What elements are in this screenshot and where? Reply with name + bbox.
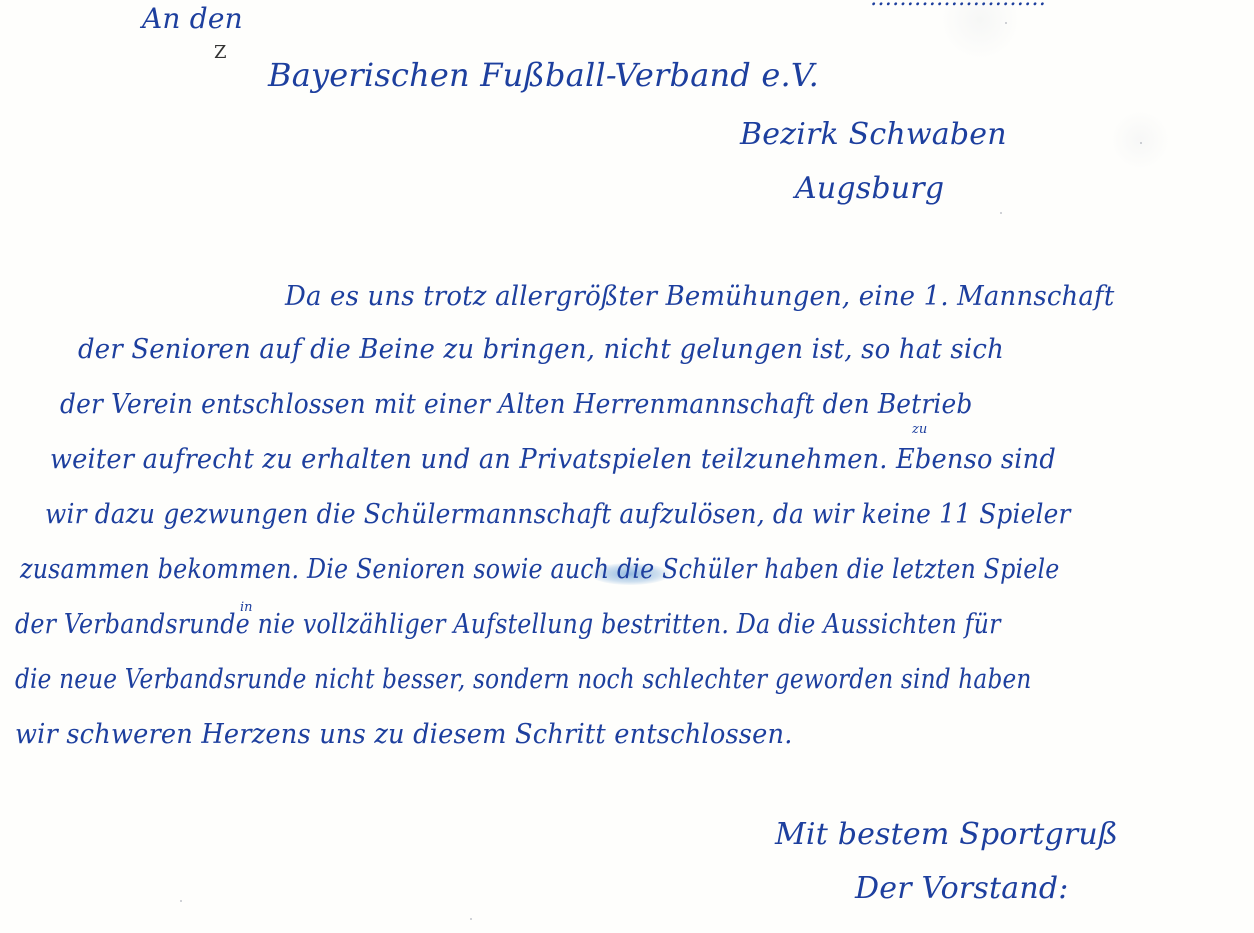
- body-line-5: wir dazu gezwungen die Schülermannschaft…: [45, 500, 1071, 530]
- paper-speck: [1140, 142, 1142, 144]
- body-line-6: zusammen bekommen. Die Senioren sowie au…: [20, 555, 1060, 585]
- recipient-line-2: Bezirk Schwaben: [740, 118, 1007, 152]
- recipient-line-1: Bayerischen Fußball-Verband e.V.: [268, 58, 819, 92]
- letter-page: …………………… Z An den Bayerischen Fußball-Ve…: [0, 0, 1254, 933]
- insertion-zu: zu: [912, 422, 927, 437]
- paper-speck: [180, 900, 182, 902]
- paper-speck: [1005, 22, 1007, 24]
- closing-line-1: Mit bestem Sportgruß: [775, 818, 1118, 852]
- closing-line-2: Der Vorstand:: [855, 872, 1069, 906]
- body-line-3: der Verein entschlossen mit einer Alten …: [60, 390, 972, 420]
- body-line-1: Da es uns trotz allergrößter Bemühungen,…: [285, 282, 1114, 312]
- paper-speck: [1000, 212, 1002, 214]
- paper-speck: [470, 918, 472, 920]
- body-line-4: weiter aufrecht zu erhalten und an Priva…: [50, 445, 1056, 475]
- top-right-header-fragment: ……………………: [870, 0, 1170, 6]
- body-line-8: die neue Verbandsrunde nicht besser, son…: [15, 665, 1032, 695]
- recipient-line-3: Augsburg: [795, 172, 944, 206]
- stamp-mark: Z: [214, 42, 227, 63]
- body-line-9: wir schweren Herzens uns zu diesem Schri…: [15, 720, 793, 750]
- body-line-7: der Verbandsrunde nie vollzähliger Aufst…: [15, 610, 1001, 640]
- salutation: An den: [142, 2, 243, 36]
- body-line-2: der Senioren auf die Beine zu bringen, n…: [78, 335, 1004, 365]
